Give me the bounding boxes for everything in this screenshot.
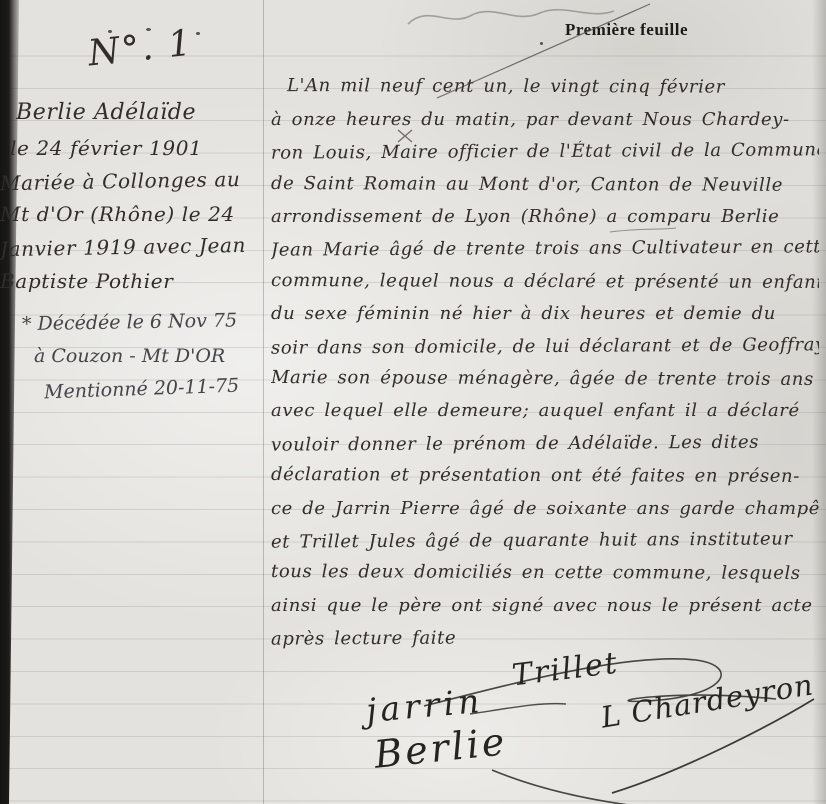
act-number: N°. 1 [86, 23, 195, 75]
signature-trillet: Trillet [510, 646, 620, 694]
page-header-label: Première feuille [565, 20, 688, 40]
body-line: tous les deux domiciliés en cette commun… [271, 561, 819, 584]
body-line: après lecture faite [271, 625, 819, 649]
margin-death-note-3: Mentionné 20-11-75 [44, 373, 297, 404]
margin-date-line: le 24 février 1901 [10, 136, 262, 160]
body-line: à onze heures du matin, par devant Nous … [271, 109, 819, 130]
body-line: ce de Jarrin Pierre âgé de soixante ans … [271, 498, 819, 519]
body-line: arrondissement de Lyon (Rhône) a comparu… [271, 206, 819, 227]
registry-page-scan: Première feuille N°. 1 Berlie Adélaïde l… [0, 0, 826, 804]
body-line: ron Louis, Maire officier de l'État civi… [271, 139, 819, 163]
body-line: Jean Marie âgé de trente trois ans Culti… [271, 236, 819, 260]
body-line: de Saint Romain au Mont d'or, Canton de … [271, 173, 819, 196]
margin-marriage-line-3: Janvier 1919 avec Jean [0, 233, 252, 261]
margin-name-line: Berlie Adélaïde [16, 100, 268, 125]
margin-marriage-line-1: Mariée à Collonges au [0, 167, 252, 195]
body-line: L'An mil neuf cent un, le vingt cinq fév… [271, 75, 826, 98]
margin-marriage-line-4: Baptiste Pothier [0, 269, 252, 293]
signature-chardeyron: L Chardeyron [599, 667, 816, 734]
body-line: déclaration et présentation ont été fait… [271, 464, 819, 487]
body-line: ainsi que le père ont signé avec nous le… [271, 595, 819, 616]
body-line: commune, lequel nous a déclaré et présen… [271, 270, 819, 293]
margin-death-note-2: à Couzon - Mt D'OR [34, 345, 286, 367]
body-line: Marie son épouse ménagère, âgée de trent… [271, 367, 819, 390]
body-line: et Trillet Jules âgé de quarante huit an… [271, 528, 819, 552]
ink-speck [196, 32, 200, 35]
body-line: vouloir donner le prénom de Adélaïde. Le… [271, 431, 819, 455]
body-line: soir dans son domicile, de lui déclarant… [271, 334, 819, 358]
margin-marriage-line-2: Mt d'Or (Rhône) le 24 [0, 202, 252, 226]
body-line: du sexe féminin né hier à dix heures et … [271, 303, 819, 324]
body-line: avec lequel elle demeure; auquel enfant … [271, 400, 819, 421]
margin-death-note-1: * Décédée le 6 Nov 75 [22, 309, 274, 335]
ink-speck [540, 42, 543, 45]
